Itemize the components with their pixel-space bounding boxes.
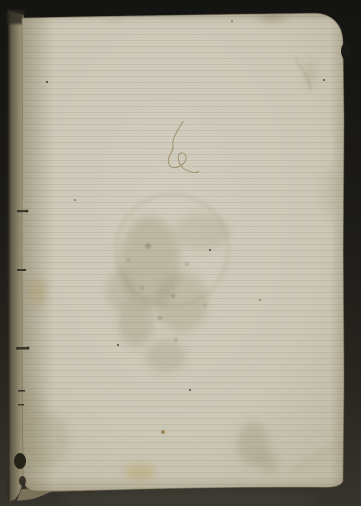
speck [46, 81, 48, 83]
stitch-thread [18, 390, 25, 392]
stain [106, 270, 134, 310]
freckle [174, 338, 177, 341]
stain [258, 450, 278, 474]
stain [156, 272, 208, 332]
freckle [204, 304, 207, 307]
page-texture [18, 10, 346, 494]
stain-yellow [29, 278, 47, 306]
edge-tear-left-small [19, 476, 26, 486]
stain-yellow [124, 463, 156, 481]
speck [231, 20, 233, 22]
freckle [185, 262, 189, 266]
speck [323, 79, 325, 81]
edge-tear-left [14, 453, 26, 469]
stain [146, 340, 186, 372]
edge-tear-right [341, 43, 350, 59]
stitch-knot [27, 347, 30, 350]
speck [74, 199, 76, 201]
speck [189, 389, 191, 391]
stain [304, 60, 316, 88]
binding-top-shadow [7, 10, 24, 24]
speck [117, 344, 119, 346]
speck [209, 249, 211, 251]
stain [174, 214, 230, 250]
freckle [146, 244, 151, 249]
stain [321, 168, 339, 216]
manuscript-scan [0, 0, 361, 506]
stitch-knot [26, 210, 29, 213]
laid-lines [20, 10, 346, 494]
scan-image [0, 0, 361, 506]
freckle [141, 287, 144, 290]
speck [259, 299, 261, 301]
stitch-thread [18, 404, 24, 405]
freckle [158, 316, 162, 320]
stitch-thread [17, 269, 26, 271]
right-edge-shade [330, 13, 344, 489]
freckle [127, 259, 130, 262]
brown-dot [161, 430, 165, 434]
binding-spine-line [8, 11, 10, 501]
freckle [171, 294, 174, 297]
